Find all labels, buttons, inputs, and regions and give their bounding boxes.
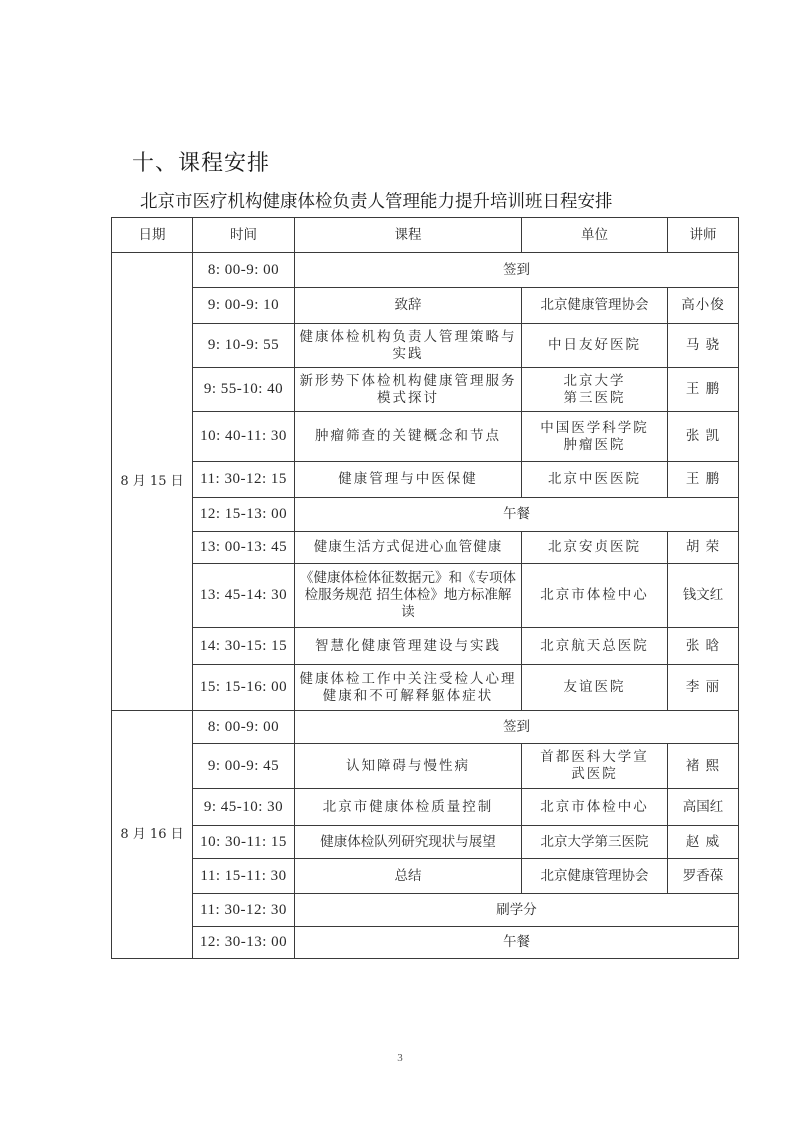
table-row: 12: 15-13: 00 午餐: [112, 498, 739, 532]
course-cell: 健康体检机构负责人管理策略与实践: [295, 324, 522, 368]
course-cell: 健康体检队列研究现状与展望: [295, 826, 522, 859]
lecturer-cell: 张 晗: [668, 628, 739, 665]
course-cell: 健康管理与中医保健: [295, 462, 522, 498]
course-cell: 新形势下体检机构健康管理服务模式探讨: [295, 368, 522, 412]
course-cell: 肿瘤筛查的关键概念和节点: [295, 412, 522, 462]
unit-cell: 北京健康管理协会: [522, 859, 668, 894]
course-cell: 健康生活方式促进心血管健康: [295, 532, 522, 564]
lecturer-cell: 李 丽: [668, 665, 739, 711]
table-title: 北京市医疗机构健康体检负责人管理能力提升培训班日程安排: [140, 188, 680, 213]
table-row: 9: 55-10: 40 新形势下体检机构健康管理服务模式探讨 北京大学第三医院…: [112, 368, 739, 412]
table-row: 14: 30-15: 15 智慧化健康管理建设与实践 北京航天总医院 张 晗: [112, 628, 739, 665]
time-cell: 11: 30-12: 15: [193, 462, 295, 498]
table-row: 15: 15-16: 00 健康体检工作中关注受检人心理健康和不可解释躯体症状 …: [112, 665, 739, 711]
course-cell: 智慧化健康管理建设与实践: [295, 628, 522, 665]
course-cell: 健康体检工作中关注受检人心理健康和不可解释躯体症状: [295, 665, 522, 711]
table-row: 8 月 16 日 8: 00-9: 00 签到: [112, 711, 739, 744]
table-row: 10: 40-11: 30 肿瘤筛查的关键概念和节点 中国医学科学院肿瘤医院 张…: [112, 412, 739, 462]
course-cell: 总结: [295, 859, 522, 894]
time-cell: 12: 30-13: 00: [193, 927, 295, 959]
unit-cell: 北京健康管理协会: [522, 288, 668, 324]
unit-cell: 中国医学科学院肿瘤医院: [522, 412, 668, 462]
time-cell: 9: 10-9: 55: [193, 324, 295, 368]
table-row: 9: 10-9: 55 健康体检机构负责人管理策略与实践 中日友好医院 马 骁: [112, 324, 739, 368]
table-row: 8 月 15 日 8: 00-9: 00 签到: [112, 253, 739, 288]
course-cell: 《健康体检体征数据元》和《专项体检服务规范 招生体检》地方标准解读: [295, 564, 522, 628]
unit-cell: 友谊医院: [522, 665, 668, 711]
time-cell: 12: 15-13: 00: [193, 498, 295, 532]
table-row: 11: 15-11: 30 总结 北京健康管理协会 罗香葆: [112, 859, 739, 894]
date-cell: 8 月 16 日: [112, 711, 193, 959]
table-row: 11: 30-12: 15 健康管理与中医保健 北京中医医院 王 鹏: [112, 462, 739, 498]
unit-cell: 北京市体检中心: [522, 789, 668, 826]
time-cell: 9: 00-9: 45: [193, 744, 295, 789]
table-row: 13: 00-13: 45 健康生活方式促进心血管健康 北京安贞医院 胡 荣: [112, 532, 739, 564]
unit-cell: 北京大学第三医院: [522, 826, 668, 859]
page-number: 3: [0, 1052, 800, 1064]
time-cell: 10: 40-11: 30: [193, 412, 295, 462]
table-row: 12: 30-13: 00 午餐: [112, 927, 739, 959]
lecturer-cell: 钱文红: [668, 564, 739, 628]
time-cell: 11: 15-11: 30: [193, 859, 295, 894]
schedule-table: 日期 时间 课程 单位 讲师 8 月 15 日 8: 00-9: 00 签到 9…: [111, 217, 739, 959]
time-cell: 13: 00-13: 45: [193, 532, 295, 564]
course-span-cell: 刷学分: [295, 894, 739, 927]
unit-cell: 中日友好医院: [522, 324, 668, 368]
lecturer-cell: 赵 威: [668, 826, 739, 859]
lecturer-cell: 王 鹏: [668, 368, 739, 412]
table-row: 9: 00-9: 45 认知障碍与慢性病 首都医科大学宣武医院 褚 熙: [112, 744, 739, 789]
course-span-cell: 签到: [295, 253, 739, 288]
time-cell: 9: 00-9: 10: [193, 288, 295, 324]
header-time: 时间: [193, 218, 295, 253]
lecturer-cell: 马 骁: [668, 324, 739, 368]
table-row: 11: 30-12: 30 刷学分: [112, 894, 739, 927]
unit-cell: 首都医科大学宣武医院: [522, 744, 668, 789]
time-cell: 11: 30-12: 30: [193, 894, 295, 927]
table-row: 13: 45-14: 30 《健康体检体征数据元》和《专项体检服务规范 招生体检…: [112, 564, 739, 628]
table-header-row: 日期 时间 课程 单位 讲师: [112, 218, 739, 253]
lecturer-cell: 王 鹏: [668, 462, 739, 498]
lecturer-cell: 罗香葆: [668, 859, 739, 894]
time-cell: 10: 30-11: 15: [193, 826, 295, 859]
time-cell: 9: 45-10: 30: [193, 789, 295, 826]
time-cell: 15: 15-16: 00: [193, 665, 295, 711]
lecturer-cell: 胡 荣: [668, 532, 739, 564]
time-cell: 8: 00-9: 00: [193, 253, 295, 288]
unit-cell: 北京航天总医院: [522, 628, 668, 665]
unit-cell: 北京中医医院: [522, 462, 668, 498]
course-span-cell: 午餐: [295, 927, 739, 959]
course-span-cell: 午餐: [295, 498, 739, 532]
lecturer-cell: 高国红: [668, 789, 739, 826]
time-cell: 14: 30-15: 15: [193, 628, 295, 665]
unit-cell: 北京大学第三医院: [522, 368, 668, 412]
section-heading: 十、课程安排: [132, 146, 270, 177]
lecturer-cell: 褚 熙: [668, 744, 739, 789]
course-cell: 北京市健康体检质量控制: [295, 789, 522, 826]
course-span-cell: 签到: [295, 711, 739, 744]
date-cell: 8 月 15 日: [112, 253, 193, 711]
lecturer-cell: 高小俊: [668, 288, 739, 324]
course-cell: 认知障碍与慢性病: [295, 744, 522, 789]
unit-cell: 北京市体检中心: [522, 564, 668, 628]
course-cell: 致辞: [295, 288, 522, 324]
table-row: 9: 00-9: 10 致辞 北京健康管理协会 高小俊: [112, 288, 739, 324]
header-course: 课程: [295, 218, 522, 253]
table-row: 10: 30-11: 15 健康体检队列研究现状与展望 北京大学第三医院 赵 威: [112, 826, 739, 859]
time-cell: 13: 45-14: 30: [193, 564, 295, 628]
header-unit: 单位: [522, 218, 668, 253]
time-cell: 9: 55-10: 40: [193, 368, 295, 412]
unit-cell: 北京安贞医院: [522, 532, 668, 564]
header-lecturer: 讲师: [668, 218, 739, 253]
header-date: 日期: [112, 218, 193, 253]
table-row: 9: 45-10: 30 北京市健康体检质量控制 北京市体检中心 高国红: [112, 789, 739, 826]
time-cell: 8: 00-9: 00: [193, 711, 295, 744]
lecturer-cell: 张 凯: [668, 412, 739, 462]
